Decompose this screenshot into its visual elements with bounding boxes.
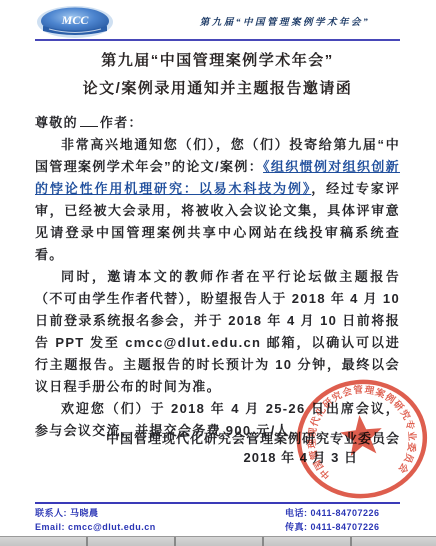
- greeting-suffix: 作者：: [100, 115, 143, 130]
- letter-body: 尊敬的作者： 非常高兴地通知您（们），您（们）投寄给第九届“中国管理案例学术年会…: [35, 112, 400, 442]
- logo-letters: MCC: [61, 13, 90, 27]
- bottom-window-edge: [0, 536, 436, 546]
- paragraph-report-invitation: 同时，邀请本文的教师作者在平行论坛做主题报告（不可由学生作者代替），盼望报告人于…: [35, 266, 400, 398]
- greeting-line: 尊敬的作者：: [35, 112, 400, 134]
- greeting-blank-underline: [80, 114, 98, 127]
- contact-phone: 电话: 0411-84707226: [285, 506, 380, 520]
- contact-fax: 传真: 0411-84707226: [285, 520, 380, 534]
- greeting-prefix: 尊敬的: [35, 115, 78, 130]
- document-header: MCC 第九届“中国管理案例学术年会”: [35, 5, 400, 39]
- signature-date: 2018 年 4 月 3 日: [35, 447, 358, 466]
- document-page: MCC 第九届“中国管理案例学术年会” 第九届“中国管理案例学术年会” 论文/案…: [0, 0, 436, 546]
- header-banner-title: 第九届“中国管理案例学术年会”: [155, 14, 415, 28]
- document-title-line1: 第九届“中国管理案例学术年会”: [35, 49, 400, 70]
- contact-person: 联系人: 马晓晨: [35, 506, 156, 520]
- paragraph-acceptance: 非常高兴地通知您（们），您（们）投寄给第九届“中国管理案例学术年会”的论文/案例…: [35, 134, 400, 266]
- footer-divider: [35, 502, 400, 504]
- header-divider: [35, 39, 400, 41]
- cmcc-globe-logo: MCC: [35, 5, 115, 39]
- document-title-line2: 论文/案例录用通知并主题报告邀请函: [35, 77, 400, 98]
- contact-email: Email: cmcc@dlut.edu.cn: [35, 520, 156, 534]
- footer-contact-block: 联系人: 马晓晨 Email: cmcc@dlut.edu.cn 电话: 041…: [35, 506, 400, 536]
- signature-organization: 中国管理现代化研究会管理案例研究专业委员会: [35, 428, 400, 447]
